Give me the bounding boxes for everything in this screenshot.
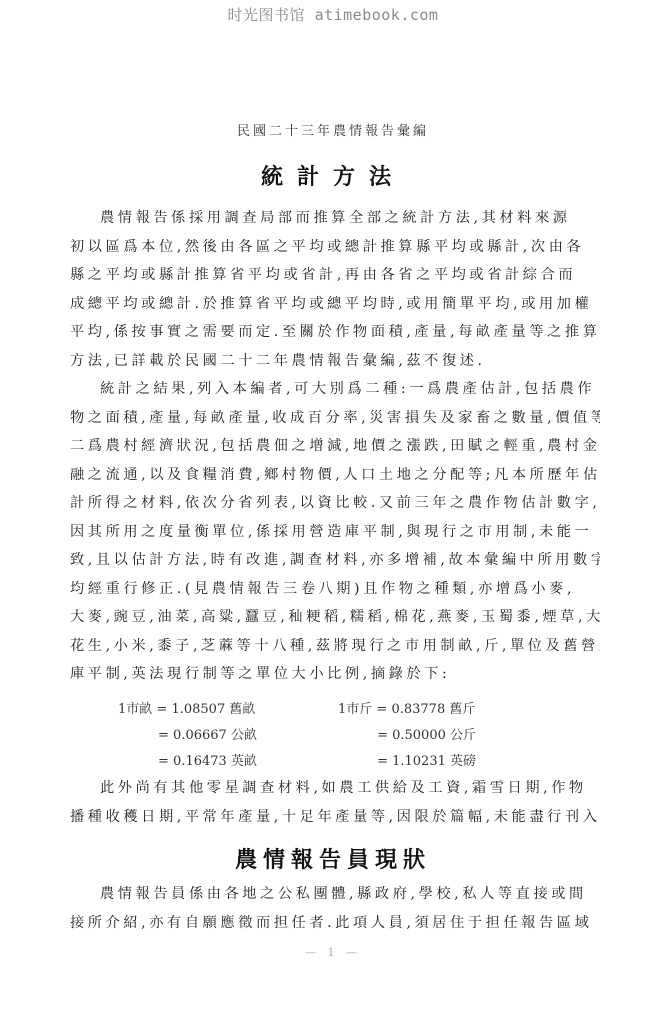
area-conversion: = 0.06667 公畝 (118, 723, 337, 749)
text-line: 計所得之材料,依次分省列表,以資比較.又前三年之農作物估計數字, (70, 489, 600, 518)
conversion-value: 0.16473 (173, 754, 227, 769)
conversion-value: 1.08507 (171, 702, 225, 717)
text-line: 致,且以估計方法,時有改進,調查材料,亦多增補,故本彙編中所用數字, (70, 546, 600, 575)
area-conversion: 1市畝 = 1.08507 舊畝 (118, 697, 338, 723)
text-line: 物之面積,產量,每畝產量,收成百分率,災害損失及家畜之數量,價值等; (70, 404, 600, 433)
conversion-value: 0.06667 (173, 728, 227, 743)
equals-sign: = (158, 754, 169, 769)
text-line: 此外尚有其他零星調查材料,如農工供給及工資,霜雪日期,作物 (70, 774, 600, 803)
equals-sign: = (377, 728, 388, 743)
weight-conversion: = 0.50000 公斤 (337, 723, 548, 749)
conversion-row: = 0.06667 公畝 = 0.50000 公斤 (118, 723, 548, 749)
paragraph-results: 統計之結果,列入本編者,可大別爲二種:一爲農產估計,包括農作 物之面積,產量,每… (70, 375, 600, 689)
text-line: 初以區爲本位,然後由各區之平均或總計推算縣平均或縣計,次由各 (70, 233, 600, 262)
equals-sign: = (377, 754, 388, 769)
paragraph-other-materials: 此外尚有其他零星調查材料,如農工供給及工資,霜雪日期,作物 播種收穫日期,平常年… (70, 774, 600, 831)
text-line: 均經重行修正.(見農情報告三卷八期)且作物之種類,亦增爲小麥, (70, 575, 600, 604)
unit-name: 公畝 (231, 728, 257, 743)
text-line: 因其所用之度量衡單位,係採用營造庫平制,與現行之市用制,未能一 (70, 518, 600, 547)
text-line: 播種收穫日期,平常年產量,十足年產量等,因限於篇幅,未能盡行刊入. (70, 803, 600, 832)
text-line: 大麥,豌豆,油菜,高粱,蠶豆,秈粳稻,糯稻,棉花,燕麥,玉蜀黍,煙草,大豆,甘薯… (70, 603, 600, 632)
text-line: 平均,係按事實之需要而定.至關於作物面積,產量,每畝產量等之推算 (70, 318, 600, 347)
text-line: 縣之平均或縣計推算省平均或省計,再由各省之平均或省計綜合而 (70, 261, 600, 290)
text-line: 庫平制,英法現行制等之單位大小比例,摘錄於下: (70, 660, 600, 689)
equals-sign: = (376, 702, 387, 717)
unit-label: 1市畝 (118, 702, 152, 717)
text-line: 接所介紹,亦有自願應徵而担任者.此項人員,須居住于担任報告區域 (70, 909, 600, 938)
conversion-value: 0.83778 (391, 702, 445, 717)
conversion-value: 0.50000 (392, 728, 446, 743)
equals-sign: = (156, 702, 167, 717)
unit-name: 舊畝 (229, 702, 255, 717)
area-conversion: = 0.16473 英畝 (118, 749, 337, 775)
paragraph-reporters: 農情報告員係由各地之公私團體,縣政府,學校,私人等直接或間 接所介紹,亦有自願應… (70, 880, 600, 937)
unit-name: 公斤 (450, 728, 476, 743)
weight-conversion: 1市斤 = 0.83778 舊斤 (338, 697, 548, 723)
page-number: — 1 — (0, 946, 666, 959)
text-line: 方法,已詳載於民國二十二年農情報告彙編,茲不復述. (70, 347, 600, 376)
conversion-row: = 0.16473 英畝 = 1.10231 英磅 (118, 749, 548, 775)
paragraph-methods-intro: 農情報告係採用調查局部而推算全部之統計方法,其材料來源 初以區爲本位,然後由各區… (70, 204, 600, 375)
watermark: 时光图书馆 atimebook.com (0, 4, 666, 25)
text-line: 融之流通,以及食糧消費,鄉村物價,人口土地之分配等;凡本所歷年估 (70, 461, 600, 490)
text-line: 統計之結果,列入本編者,可大別爲二種:一爲農產估計,包括農作 (70, 375, 600, 404)
equals-sign: = (158, 728, 169, 743)
text-line: 成總平均或總計.於推算省平均或總平均時,或用簡單平均,或用加權 (70, 290, 600, 319)
section-title-reporters-status: 農情報告員現狀 (0, 843, 666, 874)
text-line: 農情報告係採用調查局部而推算全部之統計方法,其材料來源 (70, 204, 600, 233)
running-head: 民國二十三年農情報告彙編 (0, 120, 666, 139)
text-line: 花生,小米,黍子,芝蔴等十八種,茲將現行之市用制畝,斤,單位及舊營造 (70, 632, 600, 661)
unit-conversion-table: 1市畝 = 1.08507 舊畝 1市斤 = 0.83778 舊斤 = 0.06… (118, 697, 548, 775)
text-line: 農情報告員係由各地之公私團體,縣政府,學校,私人等直接或間 (70, 880, 600, 909)
text-line: 二爲農村經濟狀況,包括農佃之增減,地價之漲跌,田賦之輕重,農村金 (70, 432, 600, 461)
conversion-value: 1.10231 (392, 754, 446, 769)
unit-name: 英畝 (231, 754, 257, 769)
section-title-statistical-methods: 統計方法 (0, 160, 666, 191)
weight-conversion: = 1.10231 英磅 (337, 749, 548, 775)
unit-label: 1市斤 (338, 702, 372, 717)
conversion-row: 1市畝 = 1.08507 舊畝 1市斤 = 0.83778 舊斤 (118, 697, 548, 723)
unit-name: 舊斤 (449, 702, 475, 717)
unit-name: 英磅 (450, 754, 476, 769)
